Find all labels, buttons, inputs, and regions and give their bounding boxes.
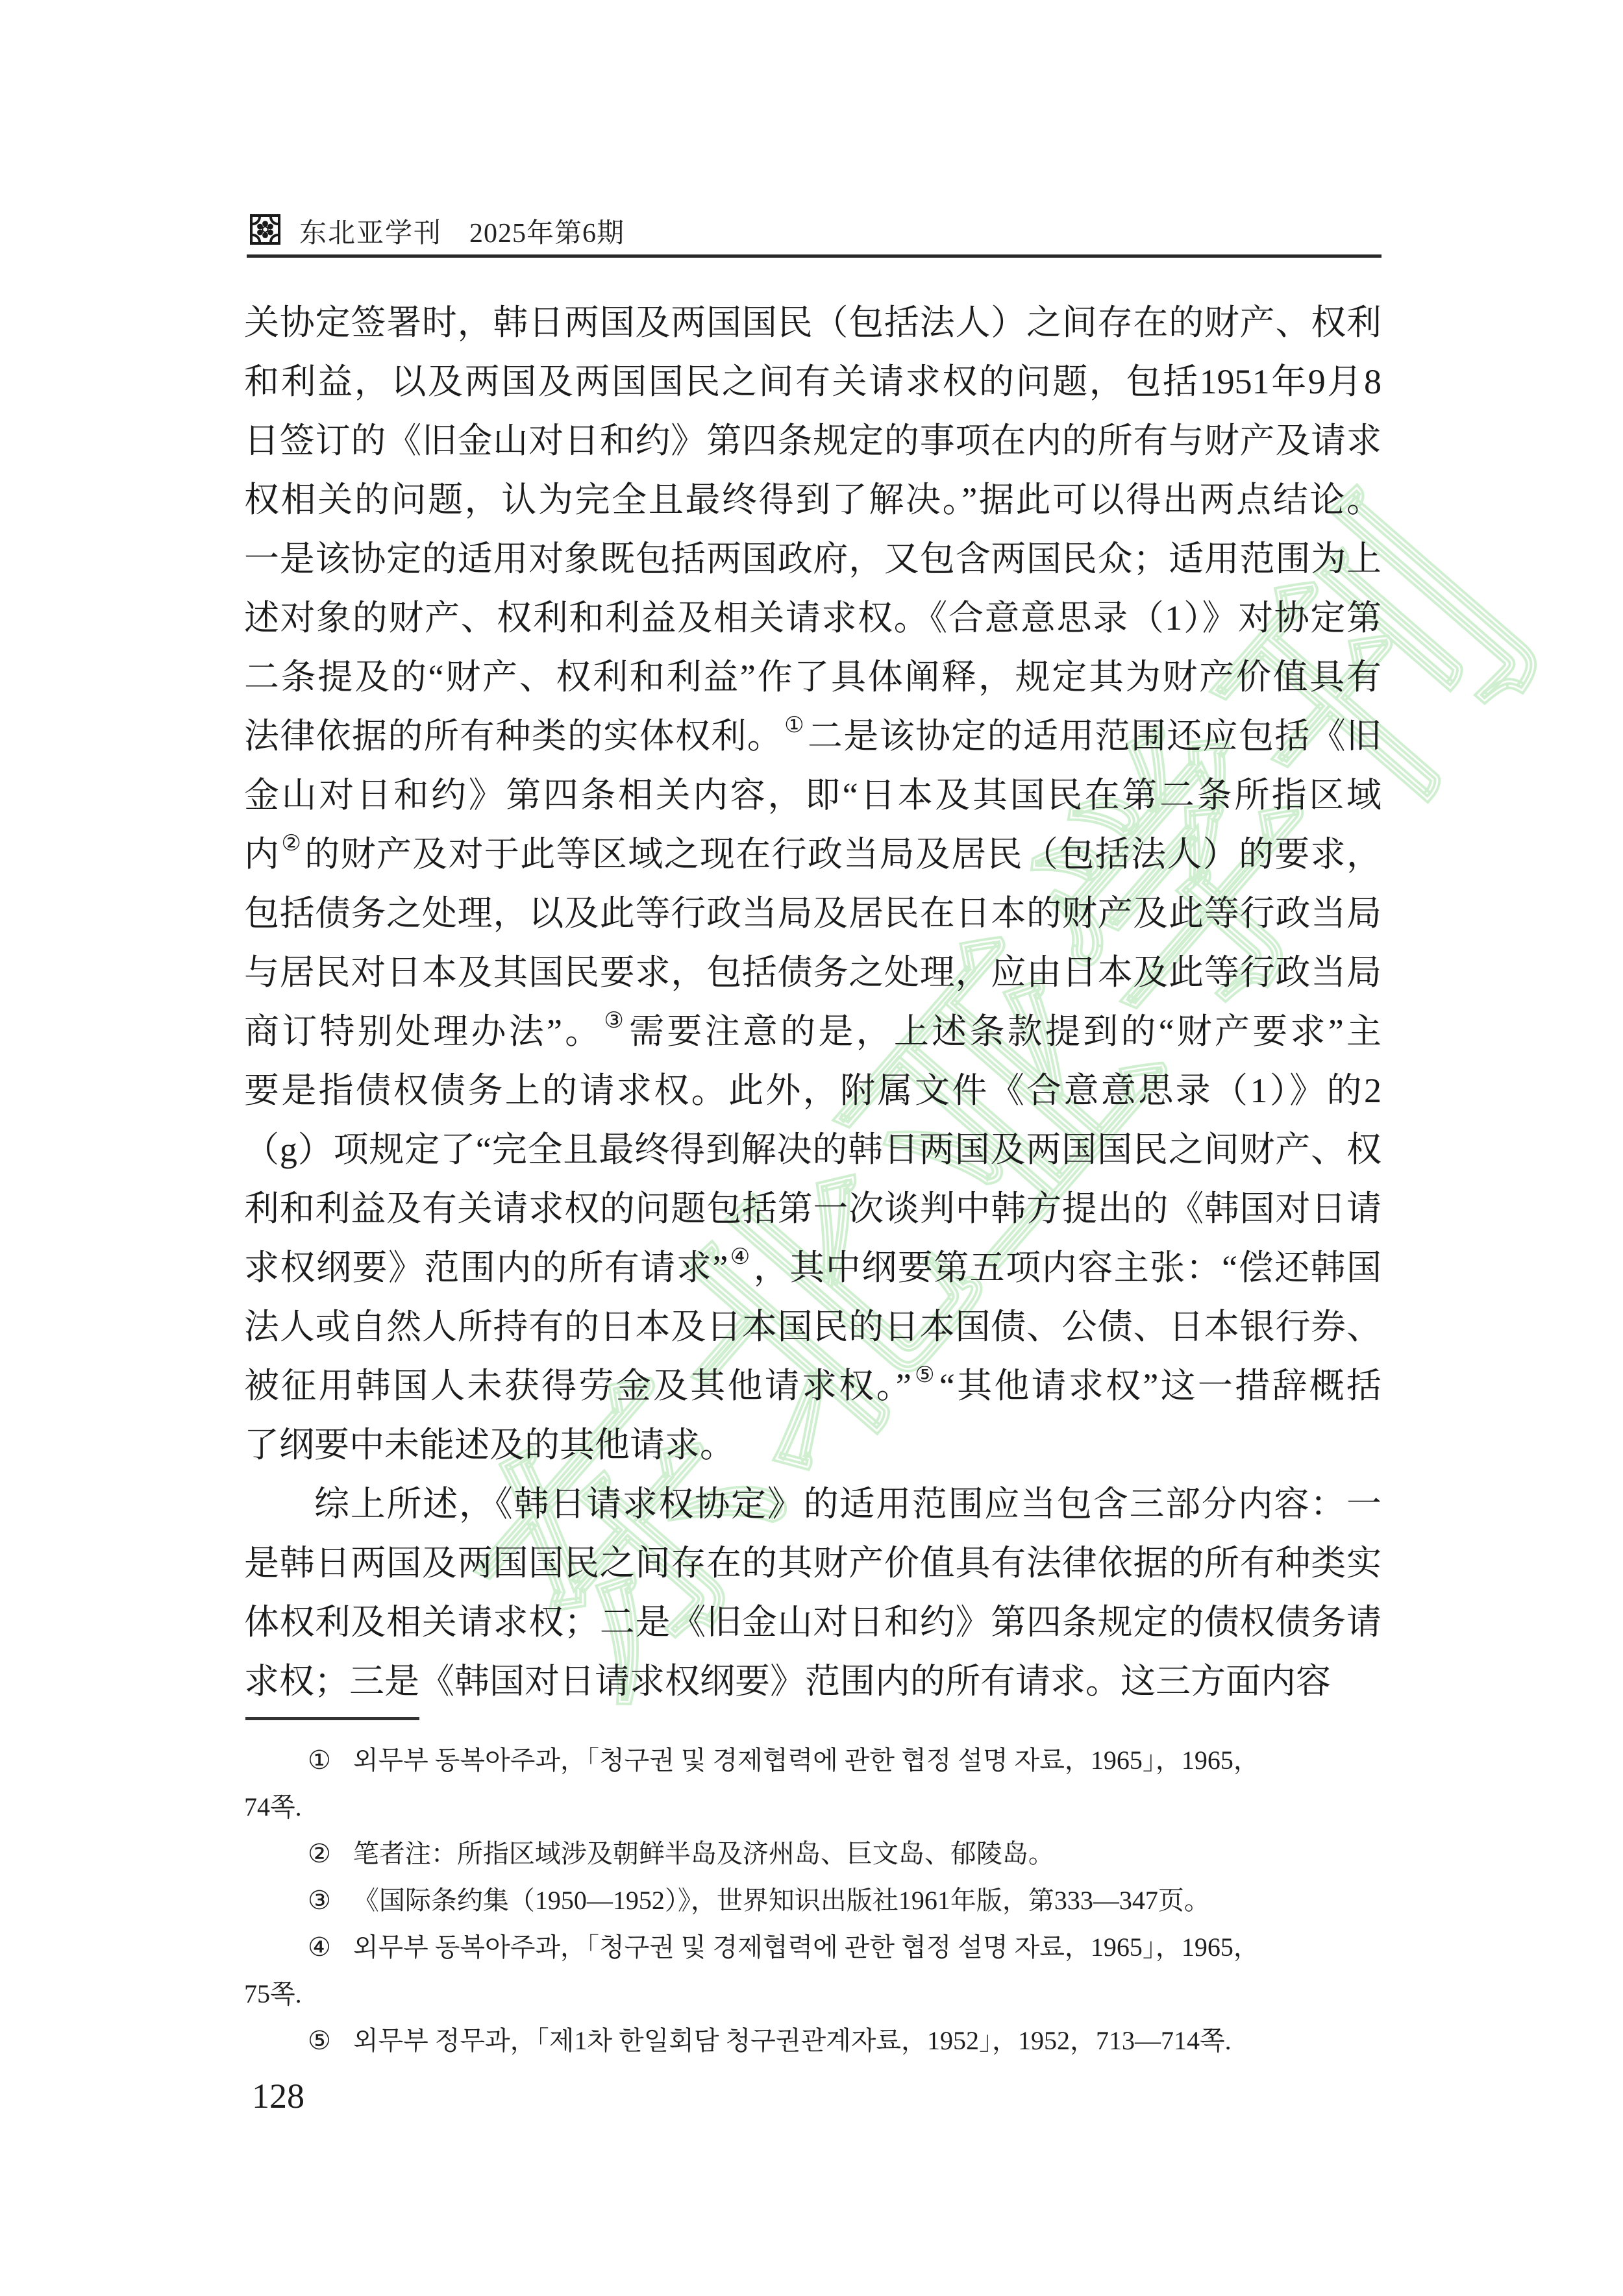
body-line: 求权纲要》范围内的所有请求”④，其中纲要第五项内容主张：“偿还韩国 — [244, 1239, 1381, 1298]
footnote-continuation: 75쪽. — [244, 1971, 1381, 2018]
body-line: 内②的财产及对于此等区域之现在行政当局及居民（包括法人）的要求， — [244, 825, 1381, 884]
journal-seal-icon — [250, 214, 280, 245]
body-line: 一是该协定的适用对象既包括两国政府，又包含两国民众；适用范围为上 — [244, 530, 1381, 589]
footnote-marker: ② — [308, 1839, 331, 1868]
body-line: 包括债务之处理，以及此等行政当局及居民在日本的财产及此等行政当局 — [244, 884, 1381, 943]
body-line: 二条提及的“财产、权利和利益”作了具体阐释，规定其为财产价值具有 — [244, 648, 1381, 707]
body-line: 金山对日和约》第四条相关内容，即“日本及其国民在第二条所指区域 — [244, 766, 1381, 825]
body-line: 权相关的问题，认为完全且最终得到了解决。”据此可以得出两点结论。 — [244, 471, 1381, 530]
footnote: ⑤외무부 정무과，「제1차 한일회담 청구권관계자료，1952」，1952，71… — [244, 2018, 1381, 2064]
body-line: 述对象的财产、权利和利益及相关请求权。《合意意思录（1）》对协定第 — [244, 589, 1381, 648]
body-line: 和利益，以及两国及两国国民之间有关请求权的问题，包括1951年9月8 — [244, 352, 1381, 412]
footnote-separator — [245, 1717, 419, 1720]
body-line: 求权；三是《韩国对日请求权纲要》范围内的所有请求。这三方面内容 — [244, 1652, 1381, 1711]
article-body: 关协定签署时，韩日两国及两国国民（包括法人）之间存在的财产、权利和利益，以及两国… — [244, 293, 1381, 1711]
footnote-continuation: 74쪽. — [244, 1784, 1381, 1831]
body-line: 日签订的《旧金山对日和约》第四条规定的事项在内的所有与财产及请求 — [244, 412, 1381, 471]
footnote-ref: ① — [784, 713, 805, 737]
footnote: ①외무부 동복아주과，「청구권 및 경제협력에 관한 협정 설명 자료，1965… — [244, 1737, 1381, 1784]
footnote: ③《国际条约集（1950—1952）》，世界知识出版社1961年版，第333—3… — [244, 1877, 1381, 1924]
page-number: 128 — [252, 2076, 304, 2116]
footnote-marker: ① — [308, 1746, 331, 1775]
body-line: 综上所述，《韩日请求权协定》的适用范围应当包含三部分内容：一 — [244, 1475, 1381, 1534]
journal-title: 东北亚学刊 — [299, 219, 442, 249]
body-line: （g）项规定了“完全且最终得到解决的韩日两国及两国国民之间财产、权 — [244, 1120, 1381, 1179]
body-line: 体权利及相关请求权；二是《旧金山对日和约》第四条规定的债权债务请 — [244, 1593, 1381, 1652]
body-line: 要是指债权债务上的请求权。此外，附属文件《合意意思录（1）》的2 — [244, 1061, 1381, 1120]
body-line: 被征用韩国人未获得劳金及其他请求权。”⑤“其他请求权”这一措辞概括 — [244, 1357, 1381, 1416]
body-line: 利和利益及有关请求权的问题包括第一次谈判中韩方提出的《韩国对日请 — [244, 1179, 1381, 1239]
body-line: 了纲要中未能述及的其他请求。 — [244, 1416, 1381, 1475]
footnote: ④외무부 동복아주과，「청구권 및 경제협력에 관한 협정 설명 자료，1965… — [244, 1924, 1381, 1971]
header-rule — [247, 254, 1381, 258]
footnote-ref: ② — [281, 832, 302, 856]
footnote-ref: ④ — [729, 1245, 750, 1269]
body-line: 法律依据的所有种类的实体权利。①二是该协定的适用范围还应包括《旧 — [244, 707, 1381, 766]
journal-page: 东北亚学刊 东北亚学刊2025年第6期 关协定签署时，韩日两国及两国国民（包括法… — [0, 0, 1623, 2296]
footnotes: ①외무부 동복아주과，「청구권 및 경제협력에 관한 협정 설명 자료，1965… — [244, 1737, 1381, 2064]
journal-masthead: 东北亚学刊2025年第6期 — [299, 212, 625, 251]
footnote-marker: ④ — [308, 1932, 331, 1962]
footnote-ref: ⑤ — [913, 1363, 937, 1387]
body-line: 是韩日两国及两国国民之间存在的其财产价值具有法律依据的所有种类实 — [244, 1534, 1381, 1593]
footnote-marker: ③ — [308, 1886, 331, 1915]
issue-label: 2025年第6期 — [469, 219, 625, 249]
body-line: 商订特别处理办法”。③需要注意的是，上述条款提到的“财产要求”主 — [244, 1002, 1381, 1061]
footnote-ref: ③ — [604, 1009, 626, 1033]
footnote-marker: ⑤ — [308, 2026, 331, 2055]
body-line: 法人或自然人所持有的日本及日本国民的日本国债、公债、日本银行券、 — [244, 1298, 1381, 1357]
page-header: 东北亚学刊2025年第6期 — [250, 212, 1383, 248]
footnote: ②笔者注：所指区域涉及朝鲜半岛及济州岛、巨文岛、郁陵岛。 — [244, 1831, 1381, 1877]
body-line: 与居民对日本及其国民要求，包括债务之处理，应由日本及此等行政当局 — [244, 943, 1381, 1002]
body-line: 关协定签署时，韩日两国及两国国民（包括法人）之间存在的财产、权利 — [244, 293, 1381, 352]
